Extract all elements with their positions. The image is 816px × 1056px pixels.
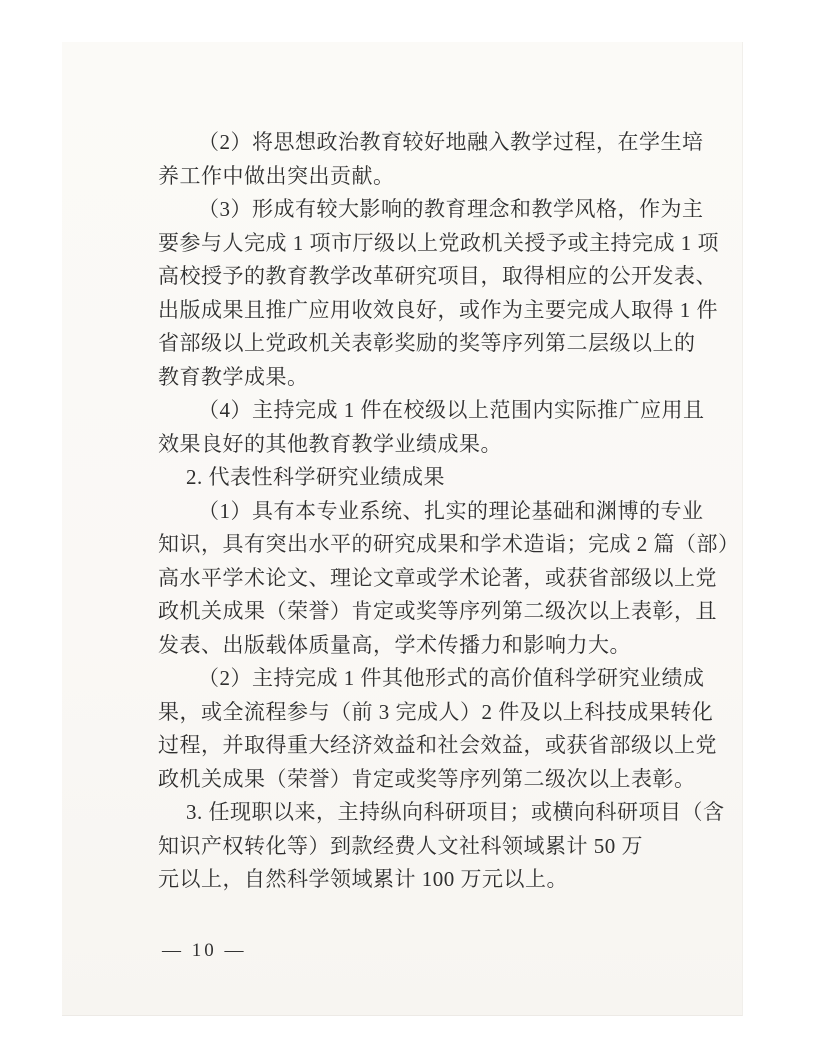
text-line: 3. 任现职以来，主持纵向科研项目；或横向科研项目（含 [158, 796, 670, 830]
text-line: 养工作中做出突出贡献。 [158, 160, 670, 194]
text-line: （2）主持完成 1 件其他形式的高价值科学研究业绩成 [158, 662, 670, 696]
text-line: 过程，并取得重大经济效益和社会效益，或获省部级以上党 [158, 729, 670, 763]
text-line: （3）形成有较大影响的教育理念和教学风格，作为主 [158, 193, 670, 227]
document-page: （2）将思想政治教育较好地融入教学过程，在学生培 养工作中做出突出贡献。 （3）… [62, 42, 743, 1016]
scan-canvas: （2）将思想政治教育较好地融入教学过程，在学生培 养工作中做出突出贡献。 （3）… [0, 0, 816, 1056]
text-line: 元以上，自然科学领域累计 100 万元以上。 [158, 863, 670, 897]
page-number: — 10 — [162, 940, 247, 962]
text-line: 政机关成果（荣誉）肯定或奖等序列第二级次以上表彰，且 [158, 595, 670, 629]
text-line: 要参与人完成 1 项市厅级以上党政机关授予或主持完成 1 项 [158, 227, 670, 261]
text-line: 教育教学成果。 [158, 361, 670, 395]
text-line: 2. 代表性科学研究业绩成果 [158, 461, 670, 495]
text-line: 果，或全流程参与（前 3 完成人）2 件及以上科技成果转化 [158, 696, 670, 730]
text-line: （4）主持完成 1 件在校级以上范围内实际推广应用且 [158, 394, 670, 428]
page-content: （2）将思想政治教育较好地融入教学过程，在学生培 养工作中做出突出贡献。 （3）… [158, 126, 670, 897]
text-line: 高校授予的教育教学改革研究项目，取得相应的公开发表、 [158, 260, 670, 294]
text-line: 政机关成果（荣誉）肯定或奖等序列第二级次以上表彰。 [158, 763, 670, 797]
text-line: （1）具有本专业系统、扎实的理论基础和渊博的专业 [158, 495, 670, 529]
text-line: 知识，具有突出水平的研究成果和学术造诣；完成 2 篇（部） [158, 528, 670, 562]
text-line: 省部级以上党政机关表彰奖励的奖等序列第二层级以上的 [158, 327, 670, 361]
text-line: 知识产权转化等）到款经费人文社科领域累计 50 万 [158, 830, 670, 864]
text-line: 高水平学术论文、理论文章或学术论著，或获省部级以上党 [158, 562, 670, 596]
text-line: （2）将思想政治教育较好地融入教学过程，在学生培 [158, 126, 670, 160]
text-line: 效果良好的其他教育教学业绩成果。 [158, 428, 670, 462]
text-line: 发表、出版载体质量高，学术传播力和影响力大。 [158, 629, 670, 663]
text-line: 出版成果且推广应用收效良好，或作为主要完成人取得 1 件 [158, 294, 670, 328]
